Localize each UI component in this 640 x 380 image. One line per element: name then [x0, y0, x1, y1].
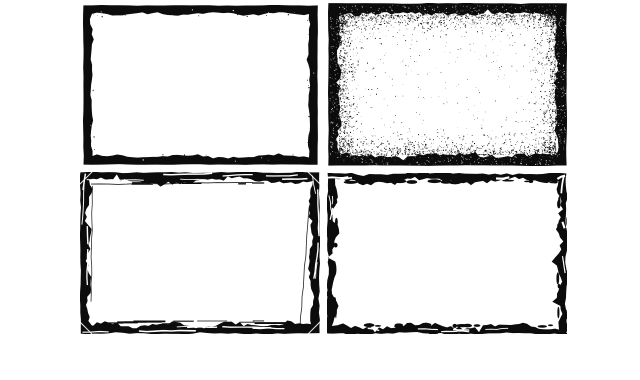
- edge-blob: [449, 180, 462, 184]
- edge-blob: [335, 197, 336, 203]
- edge-blob: [474, 324, 481, 327]
- interior-dots: [345, 20, 551, 148]
- edge-specks: [93, 14, 310, 155]
- edge-blob: [387, 179, 398, 183]
- left-hairline: [91, 186, 93, 302]
- frame-border: [327, 173, 567, 334]
- white-scratch: [87, 226, 88, 244]
- edge-blob: [422, 323, 431, 326]
- edge-blob: [502, 180, 514, 182]
- edge-blob: [335, 218, 338, 227]
- outer-bump: [566, 217, 567, 226]
- white-scratch: [83, 332, 109, 333]
- grunge-frame-bottom-left-brushed: [80, 172, 320, 334]
- edge-blob: [376, 180, 386, 182]
- edge-blob: [557, 292, 559, 296]
- white-scratch: [87, 180, 144, 181]
- white-scratch: [180, 179, 206, 180]
- grunge-frame-top-right-sprayed: [328, 3, 567, 166]
- edge-blob: [333, 297, 336, 306]
- edge-blob: [407, 180, 418, 184]
- edge-blob: [557, 307, 559, 319]
- edge-blob: [394, 325, 404, 328]
- right-diagonal-hairline: [300, 204, 309, 328]
- edge-blob: [335, 305, 336, 319]
- edge-blob: [558, 284, 560, 289]
- frame-border: [80, 172, 320, 334]
- edge-blob: [375, 325, 381, 327]
- grunge-frame-bottom-right-ragged: [327, 173, 567, 334]
- white-scratch: [282, 179, 307, 180]
- frame-border: [83, 5, 318, 165]
- edge-blob: [338, 324, 344, 327]
- brush-streaks: [103, 182, 291, 324]
- white-scratch: [253, 328, 285, 329]
- edge-blob: [428, 179, 442, 183]
- grunge-frame-top-left-solid: [83, 5, 318, 165]
- grunge-frames-canvas: [0, 0, 640, 380]
- white-scratch: [87, 249, 88, 285]
- edge-blob: [367, 323, 372, 326]
- edge-blob: [548, 324, 553, 326]
- spray-dots: [337, 13, 557, 158]
- edge-blob: [463, 324, 472, 328]
- white-tear: [327, 177, 348, 178]
- edge-blob: [557, 223, 559, 229]
- edge-blob: [529, 180, 534, 183]
- edge-blob: [557, 200, 560, 209]
- edge-blob: [344, 181, 358, 184]
- white-tear: [453, 330, 469, 331]
- edge-blob: [334, 243, 338, 248]
- border-nicks: [91, 9, 315, 161]
- edge-blob: [549, 181, 558, 183]
- edge-blob: [538, 325, 547, 328]
- edge-blob: [556, 272, 559, 284]
